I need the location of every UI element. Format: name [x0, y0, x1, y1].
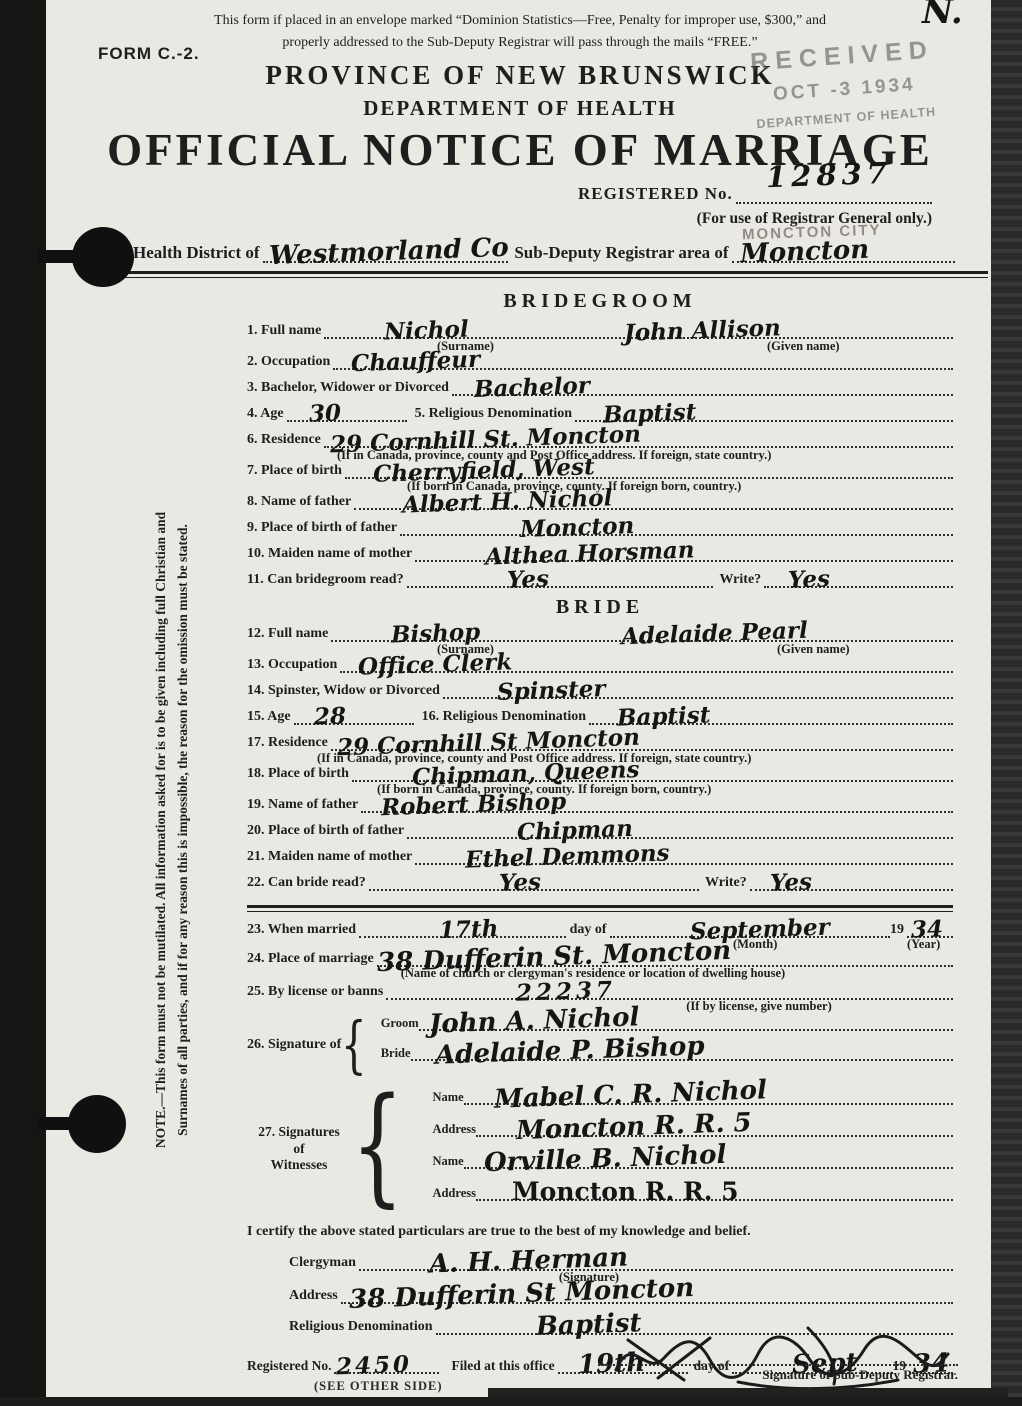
field-label: 18. Place of birth: [247, 766, 352, 782]
dotted-line: Bishop Adelaide Pearl: [331, 625, 953, 642]
clergyman-row: Clergyman A. H. Herman (Signature): [289, 1254, 953, 1271]
dotted-line: Adelaide P. Bishop: [411, 1044, 953, 1061]
filing-registered-handwritten: 2450: [336, 1351, 413, 1381]
bride-age-handwritten: 28: [313, 702, 346, 730]
dotted-line: Baptist: [589, 708, 953, 725]
birthplace-sublabel-row: (If born in Canada, province, county. If…: [247, 782, 953, 796]
bride-signature-label: Bride: [381, 1046, 411, 1061]
field-groom-mother: 10. Maiden name of mother Althea Horsman: [247, 545, 953, 562]
dotted-line: 29 Cornhill St. Moncton: [324, 431, 953, 448]
marriage-notice-document: This form if placed in an envelope marke…: [0, 0, 1022, 1406]
dotted-line: 29 Cornhill St Moncton: [331, 734, 953, 751]
dotted-line: Cherryfield, West: [345, 462, 953, 479]
punch-hole-top: [72, 227, 134, 287]
clergy-address-row: Address 38 Dufferin St Moncton: [289, 1287, 953, 1304]
field-bride-age-religion: 15. Age 28 16. Religious Denomination Ba…: [247, 708, 953, 725]
district-row: Health District of Westmorland Co Sub-De…: [133, 243, 955, 263]
dotted-line: Yes: [369, 874, 699, 891]
dotted-line: Yes: [750, 874, 953, 891]
field-label: 12. Full name: [247, 626, 331, 642]
field-groom-occupation: 2. Occupation Chauffeur: [247, 353, 953, 370]
scan-edge-left: [0, 0, 46, 1406]
write-label: Write?: [699, 875, 750, 891]
name-label: Name: [432, 1090, 463, 1105]
dotted-line: 34 (Year): [907, 921, 953, 938]
dotted-line: Nichol John Allison: [324, 322, 953, 339]
scan-edge-right: [991, 0, 1022, 1406]
field-label: 9. Place of birth of father: [247, 520, 400, 536]
name-label: Name: [432, 1154, 463, 1169]
field-label: 13. Occupation: [247, 657, 340, 673]
bridegroom-section-header: BRIDEGROOM: [247, 290, 953, 313]
dotted-line: Robert Bishop: [361, 796, 953, 813]
name-sublabels: (Surname) (Given name): [247, 642, 953, 656]
witness2-address-handwritten: Moncton R. R. 5: [512, 1177, 739, 1206]
witness1-address-row: Address Moncton R. R. 5: [432, 1120, 953, 1137]
scan-edge-bottom: [0, 1397, 1022, 1406]
bride-section-header: BRIDE: [247, 596, 953, 619]
dotted-line: Chipman, Queens: [352, 765, 953, 782]
bride-write-handwritten: Yes: [769, 868, 812, 896]
dotted-line: Chauffeur: [333, 353, 953, 370]
dotted-line: Bachelor: [452, 379, 953, 396]
registrar-signature-block: Signature of Sub-Deputy Registrar.: [598, 1318, 958, 1383]
field-label: 17. Residence: [247, 735, 331, 751]
year-prefix: 19: [890, 922, 907, 938]
punch-hole-bottom: [68, 1095, 126, 1153]
received-stamp-date: OCT -3 1934: [752, 73, 937, 108]
witnesses-label: 27. Signatures of Witnesses: [247, 1124, 351, 1175]
field-label: 11. Can bridegroom read?: [247, 572, 407, 588]
health-district-line: Westmorland Co: [263, 246, 509, 263]
religion-label: Religious Denomination: [289, 1319, 436, 1335]
signature-rows: Groom John A. Nichol Bride Adelaide P. B…: [381, 1014, 953, 1076]
dotted-line: Moncton R. R. 5: [476, 1120, 953, 1137]
field-label: 8. Name of father: [247, 494, 354, 510]
field-groom-father-birthplace: 9. Place of birth of father Moncton: [247, 519, 953, 536]
witness2-name-row: Name Orville B. Nichol: [432, 1152, 953, 1169]
groom-signature-row: Groom John A. Nichol: [381, 1014, 953, 1031]
dotted-line: Office Clerk: [340, 656, 953, 673]
dotted-line: 22237 (If by license, give number): [386, 983, 953, 1000]
residence-sublabel-row: (If in Canada, province, county and Post…: [247, 448, 953, 462]
witnesses-label-line3: Witnesses: [271, 1157, 328, 1172]
license-sublabel: (If by license, give number): [686, 999, 831, 1014]
dotted-line: Althea Horsman: [415, 545, 953, 562]
field-label: 16. Religious Denomination: [414, 709, 590, 725]
corner-handwritten-mark: N.: [922, 0, 963, 32]
bride-read-handwritten: Yes: [498, 868, 541, 896]
field-label: 3. Bachelor, Widower or Divorced: [247, 380, 452, 396]
field-bride-literacy: 22. Can bride read? Yes Write? Yes: [247, 874, 953, 891]
witnesses-label-line1: 27. Signatures: [258, 1124, 340, 1139]
field-bride-status: 14. Spinster, Widow or Divorced Spinster: [247, 682, 953, 699]
filed-at-office-label: Filed at this office: [439, 1358, 557, 1374]
field-groom-literacy: 11. Can bridegroom read? Yes Write? Yes: [247, 571, 953, 588]
address-label: Address: [432, 1186, 476, 1201]
field-label: 6. Residence: [247, 432, 324, 448]
field-label: 4. Age: [247, 406, 287, 422]
dotted-line: September (Month): [610, 921, 890, 938]
health-district-value: Westmorland Co: [268, 233, 509, 271]
dotted-line: Moncton R. R. 5: [476, 1184, 953, 1201]
field-label: 21. Maiden name of mother: [247, 849, 415, 865]
dotted-line: Ethel Demmons: [415, 848, 953, 865]
field-bride-residence: 17. Residence 29 Cornhill St Moncton: [247, 734, 953, 751]
groom-write-handwritten: Yes: [788, 565, 831, 593]
registered-number-line: [736, 187, 932, 204]
dotted-line: 17th: [359, 921, 566, 938]
witness1-name-row: Name Mabel C. R. Nichol: [432, 1088, 953, 1105]
received-stamp: RECEIVED OCT -3 1934 DEPARTMENT OF HEALT…: [749, 36, 938, 132]
marriage-divider-rule: [247, 905, 953, 912]
witnesses-block: 27. Signatures of Witnesses { Name Mabel…: [247, 1088, 953, 1210]
witness-rows: Name Mabel C. R. Nichol Address Moncton …: [432, 1088, 953, 1210]
clergyman-label: Clergyman: [289, 1255, 359, 1271]
groom-age-handwritten: 30: [308, 399, 341, 427]
field-label: 24. Place of marriage: [247, 951, 377, 967]
brace-glyph: {: [351, 1082, 404, 1210]
field-license-or-banns: 25. By license or banns 22237 (If by lic…: [247, 983, 953, 1000]
given-name-sublabel: (Given name): [777, 642, 850, 657]
registered-number-label: REGISTERED No.: [578, 184, 736, 204]
address-label: Address: [289, 1288, 341, 1304]
field-bride-mother: 21. Maiden name of mother Ethel Demmons: [247, 848, 953, 865]
handwritten-value: Ethel Demmons: [465, 839, 670, 873]
field-label: 1. Full name: [247, 323, 324, 339]
registrar-signature-caption: Signature of Sub-Deputy Registrar.: [598, 1366, 958, 1383]
bride-signature-row: Bride Adelaide P. Bishop: [381, 1044, 953, 1061]
dotted-line: 28: [294, 708, 414, 725]
field-label: 25. By license or banns: [247, 984, 386, 1000]
field-label: 23. When married: [247, 922, 359, 938]
handwritten-value: Bachelor: [474, 372, 591, 403]
dotted-line: 38 Dufferin St Moncton: [341, 1287, 953, 1304]
day-of-label: day of: [566, 922, 610, 938]
field-label: 20. Place of birth of father: [247, 823, 407, 839]
dotted-line: 2450: [334, 1357, 439, 1374]
brace-glyph: {: [341, 1014, 367, 1076]
field-bride-father-birthplace: 20. Place of birth of father Chipman: [247, 822, 953, 839]
dotted-line: A. H. Herman (Signature): [359, 1254, 953, 1271]
clergy-address-handwritten: 38 Dufferin St Moncton: [348, 1273, 694, 1315]
field-groom-father: 8. Name of father Albert H. Nichol: [247, 493, 953, 510]
sidebar-note: NOTE.—This form must not be mutilated. A…: [150, 485, 206, 1175]
registered-number-row: REGISTERED No.: [578, 184, 932, 204]
registrar-area-value: Moncton: [739, 235, 869, 269]
dotted-line: Orville B. Nichol: [464, 1152, 953, 1169]
signature-of-block: 26. Signature of { Groom John A. Nichol …: [247, 1014, 953, 1076]
registrar-area-line: Moncton: [732, 246, 955, 263]
dotted-line: Mabel C. R. Nichol: [464, 1088, 953, 1105]
see-other-side-note: (SEE OTHER SIDE): [314, 1379, 443, 1394]
field-label: 22. Can bride read?: [247, 875, 369, 891]
field-bride-occupation: 13. Occupation Office Clerk: [247, 656, 953, 673]
dotted-line: 30: [287, 405, 407, 422]
dotted-line: Moncton: [400, 519, 953, 536]
field-bride-full-name: 12. Full name Bishop Adelaide Pearl: [247, 625, 953, 642]
field-label: 2. Occupation: [247, 354, 333, 370]
field-groom-age-religion: 4. Age 30 5. Religious Denomination Bapt…: [247, 405, 953, 422]
groom-signature-label: Groom: [381, 1016, 419, 1031]
field-label: 19. Name of father: [247, 797, 361, 813]
field-groom-status: 3. Bachelor, Widower or Divorced Bachelo…: [247, 379, 953, 396]
field-when-married: 23. When married 17th day of September (…: [247, 921, 953, 938]
write-label: Write?: [713, 572, 764, 588]
marriage-day-handwritten: 17th: [439, 915, 499, 944]
handwritten-value: Chauffeur: [351, 346, 481, 377]
certification-statement: I certify the above stated particulars a…: [247, 1224, 953, 1240]
field-label: 10. Maiden name of mother: [247, 546, 415, 562]
dotted-line: Chipman: [407, 822, 953, 839]
registrar-area-label: Sub-Deputy Registrar area of: [508, 243, 731, 263]
envelope-notice-line1: This form if placed in an envelope marke…: [90, 10, 950, 32]
handwritten-value: Office Clerk: [358, 648, 513, 680]
witness2-address-row: Address Moncton R. R. 5: [432, 1184, 953, 1201]
field-groom-residence: 6. Residence 29 Cornhill St. Moncton: [247, 431, 953, 448]
field-label: 5. Religious Denomination: [407, 406, 576, 422]
signature-of-label: 26. Signature of: [247, 1037, 341, 1053]
dotted-line: Albert H. Nichol: [354, 493, 953, 510]
filing-registered-label: Registered No.: [247, 1358, 334, 1374]
header-divider-rule: [92, 271, 988, 278]
dotted-line: Spinster: [443, 682, 953, 699]
field-bride-father: 19. Name of father Robert Bishop: [247, 796, 953, 813]
field-groom-birthplace: 7. Place of birth Cherryfield, West: [247, 462, 953, 479]
field-place-of-marriage: 24. Place of marriage 38 Dufferin St. Mo…: [247, 950, 953, 967]
given-name-sublabel: (Given name): [767, 339, 840, 354]
dotted-line: Yes: [764, 571, 953, 588]
field-label: 15. Age: [247, 709, 294, 725]
dotted-line: 38 Dufferin St. Moncton (Name of church …: [377, 950, 953, 967]
witnesses-label-line2: of: [293, 1141, 304, 1156]
field-label: 14. Spinster, Widow or Divorced: [247, 683, 443, 699]
dotted-line: Yes: [407, 571, 714, 588]
dotted-line: John A. Nichol: [419, 1014, 953, 1031]
form-body: BRIDEGROOM 1. Full name Nichol John Alli…: [247, 286, 953, 1374]
address-label: Address: [432, 1122, 476, 1137]
license-number-handwritten: 22237: [516, 976, 617, 1006]
handwritten-value: Robert Bishop: [381, 788, 567, 821]
groom-read-handwritten: Yes: [506, 565, 549, 593]
handwritten-value: Spinster: [496, 675, 605, 706]
field-label: 7. Place of birth: [247, 463, 345, 479]
dotted-line: Baptist: [575, 405, 953, 422]
health-district-label: Health District of: [133, 243, 263, 263]
field-groom-full-name: 1. Full name Nichol John Allison: [247, 322, 953, 339]
field-bride-birthplace: 18. Place of birth Chipman, Queens: [247, 765, 953, 782]
